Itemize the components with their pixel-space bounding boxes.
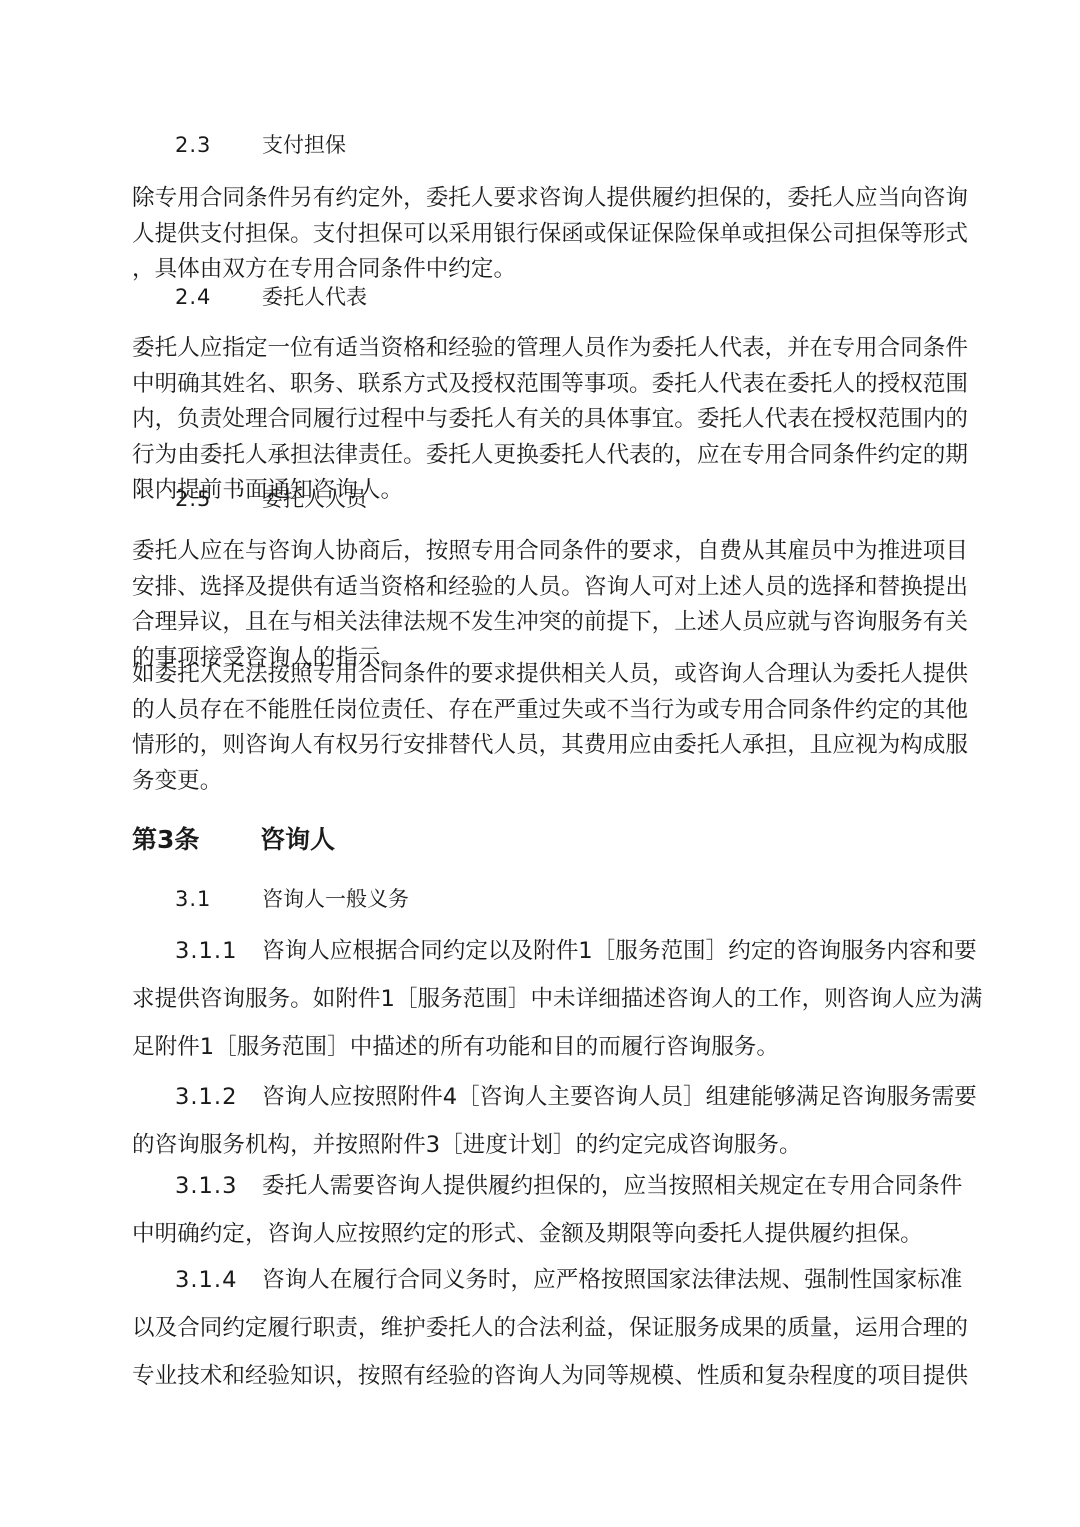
section-heading-3-1: 3.1咨询人一般义务 — [175, 885, 409, 913]
paragraph-line: 委托人应在与咨询人协商后，按照专用合同条件的要求，自费从其雇员中为推进项目 — [132, 534, 952, 570]
article-heading-3: 第3条咨询人 — [132, 823, 335, 857]
paragraph-line: 委托人应指定一位有适当资格和经验的管理人员作为委托人代表，并在专用合同条件 — [132, 331, 952, 367]
article-number: 第3条 — [132, 823, 260, 857]
clause-number: 3.1.1 — [132, 927, 262, 975]
paragraph-line: 的人员存在不能胜任岗位责任、存在严重过失或不当行为或专用合同条件约定的其他 — [132, 693, 952, 729]
section-2-5-paragraph-2: 如委托人无法按照专用合同条件的要求提供相关人员，或咨询人合理认为委托人提供 的人… — [132, 657, 952, 799]
clause-3-1-4: 3.1.4咨询人在履行合同义务时，应严格按照国家法律法规、强制性国家标准 以及合… — [132, 1256, 952, 1400]
clause-number: 3.1.2 — [132, 1073, 262, 1121]
section-2-3-paragraph: 除专用合同条件另有约定外，委托人要求咨询人提供履约担保的，委托人应当向咨询 人提… — [132, 181, 952, 288]
paragraph-line: 专业技术和经验知识，按照有经验的咨询人为同等规模、性质和复杂程度的项目提供 — [132, 1352, 952, 1400]
clause-first-line: 3.1.4咨询人在履行合同义务时，应严格按照国家法律法规、强制性国家标准 — [132, 1256, 952, 1304]
clause-3-1-1: 3.1.1咨询人应根据合同约定以及附件1［服务范围］约定的咨询服务内容和要 求提… — [132, 927, 952, 1071]
section-title: 咨询人一般义务 — [262, 887, 409, 911]
section-number: 3.1 — [175, 885, 262, 913]
section-number: 2.3 — [175, 131, 262, 159]
paragraph-line: 中明确约定，咨询人应按照约定的形式、金额及期限等向委托人提供履约担保。 — [132, 1210, 952, 1258]
paragraph-line: 合理异议，且在与相关法律法规不发生冲突的前提下，上述人员应就与咨询服务有关 — [132, 605, 952, 641]
section-title: 支付担保 — [262, 133, 346, 157]
clause-number: 3.1.4 — [132, 1256, 262, 1304]
clause-3-1-2: 3.1.2咨询人应按照附件4［咨询人主要咨询人员］组建能够满足咨询服务需要 的咨… — [132, 1073, 952, 1169]
paragraph-line: 中明确其姓名、职务、联系方式及授权范围等事项。委托人代表在委托人的授权范围 — [132, 367, 952, 403]
section-heading-2-5: 2.5委托人人员 — [175, 485, 367, 513]
section-number: 2.4 — [175, 283, 262, 311]
section-heading-2-4: 2.4委托人代表 — [175, 283, 367, 311]
section-number: 2.5 — [175, 485, 262, 513]
clause-number: 3.1.3 — [132, 1162, 262, 1210]
section-title: 委托人代表 — [262, 285, 367, 309]
paragraph-line: 除专用合同条件另有约定外，委托人要求咨询人提供履约担保的，委托人应当向咨询 — [132, 181, 952, 217]
clause-text: 委托人需要咨询人提供履约担保的，应当按照相关规定在专用合同条件 — [262, 1173, 962, 1199]
section-heading-2-3: 2.3支付担保 — [175, 131, 346, 159]
paragraph-line: 行为由委托人承担法律责任。委托人更换委托人代表的，应在专用合同条件约定的期 — [132, 438, 952, 474]
clause-text: 咨询人应按照附件4［咨询人主要咨询人员］组建能够满足咨询服务需要 — [262, 1084, 977, 1110]
paragraph-line: 求提供咨询服务。如附件1［服务范围］中未详细描述咨询人的工作，则咨询人应为满 — [132, 975, 952, 1023]
article-title: 咨询人 — [260, 825, 335, 854]
clause-3-1-3: 3.1.3委托人需要咨询人提供履约担保的，应当按照相关规定在专用合同条件 中明确… — [132, 1162, 952, 1258]
paragraph-line: 以及合同约定履行职责，维护委托人的合法利益，保证服务成果的质量，运用合理的 — [132, 1304, 952, 1352]
clause-first-line: 3.1.3委托人需要咨询人提供履约担保的，应当按照相关规定在专用合同条件 — [132, 1162, 952, 1210]
paragraph-line: 人提供支付担保。支付担保可以采用银行保函或保证保险保单或担保公司担保等形式 — [132, 217, 952, 253]
clause-first-line: 3.1.2咨询人应按照附件4［咨询人主要咨询人员］组建能够满足咨询服务需要 — [132, 1073, 952, 1121]
section-2-5-paragraph-1: 委托人应在与咨询人协商后，按照专用合同条件的要求，自费从其雇员中为推进项目 安排… — [132, 534, 952, 676]
paragraph-line: 足附件1［服务范围］中描述的所有功能和目的而履行咨询服务。 — [132, 1023, 952, 1071]
paragraph-line: 务变更。 — [132, 764, 952, 800]
section-title: 委托人人员 — [262, 487, 367, 511]
section-2-4-paragraph: 委托人应指定一位有适当资格和经验的管理人员作为委托人代表，并在专用合同条件 中明… — [132, 331, 952, 509]
paragraph-line: 内，负责处理合同履行过程中与委托人有关的具体事宜。委托人代表在授权范围内的 — [132, 402, 952, 438]
paragraph-line: 如委托人无法按照专用合同条件的要求提供相关人员，或咨询人合理认为委托人提供 — [132, 657, 952, 693]
clause-first-line: 3.1.1咨询人应根据合同约定以及附件1［服务范围］约定的咨询服务内容和要 — [132, 927, 952, 975]
paragraph-line: 安排、选择及提供有适当资格和经验的人员。咨询人可对上述人员的选择和替换提出 — [132, 570, 952, 606]
paragraph-line: 情形的，则咨询人有权另行安排替代人员，其费用应由委托人承担，且应视为构成服 — [132, 728, 952, 764]
clause-text: 咨询人应根据合同约定以及附件1［服务范围］约定的咨询服务内容和要 — [262, 938, 977, 964]
clause-text: 咨询人在履行合同义务时，应严格按照国家法律法规、强制性国家标准 — [262, 1267, 962, 1293]
document-page: 2.3支付担保 除专用合同条件另有约定外，委托人要求咨询人提供履约担保的，委托人… — [0, 0, 1080, 1527]
